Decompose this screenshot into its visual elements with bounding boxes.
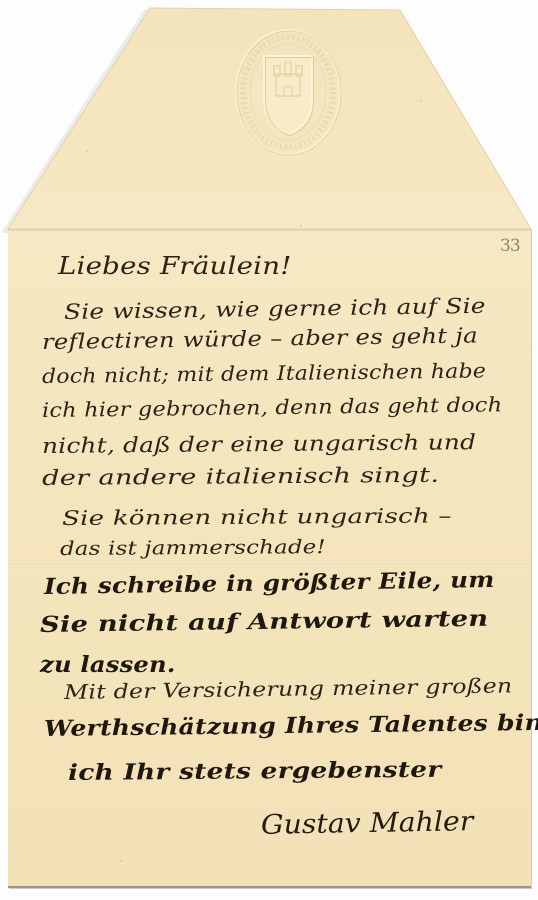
letter-line-14: ich Ihr stets ergebenster: [68, 757, 442, 786]
flap-crease: [8, 229, 531, 231]
letter-line-11: zu lassen.: [40, 652, 176, 678]
paper-speck: [470, 690, 472, 692]
letter-line-5: nicht, daß der eine ungarisch und: [42, 430, 476, 458]
letter-line-7: Sie können nicht ungarisch –: [62, 503, 452, 530]
library-seal-icon: [232, 26, 344, 158]
signature: Gustav Mahler: [261, 806, 474, 841]
letter-line-6: der andere italienisch singt.: [42, 463, 440, 490]
paper-speck: [300, 225, 302, 227]
paper-speck: [420, 100, 422, 102]
letter-line-8: das ist jammerschade!: [60, 536, 326, 560]
scanned-letter-page: 33 Liebes Fräulein! Sie wissen, wie gern…: [0, 0, 538, 900]
paper-speck: [120, 860, 122, 862]
folio-number: 33: [500, 236, 520, 256]
fold-line: [8, 561, 531, 564]
paper-speck: [86, 150, 88, 152]
letter-salutation: Liebes Fräulein!: [58, 252, 292, 280]
